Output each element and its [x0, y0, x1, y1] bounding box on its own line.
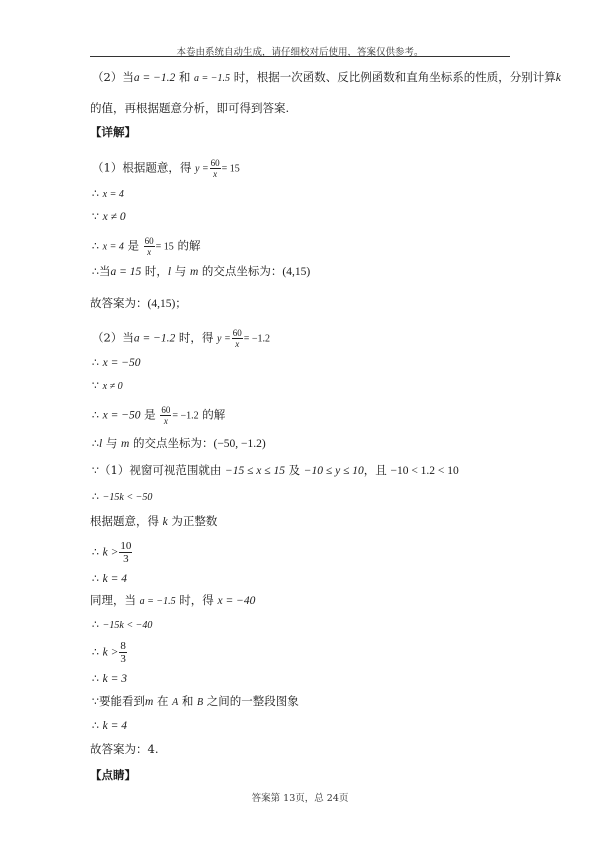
therefore-icon: ∴: [92, 646, 99, 659]
analysis-part2-line2: 的值，再根据题意分析，即可得到答案.: [90, 101, 289, 115]
detail-p1-conclusion: ∴当a = 15 时，l 与 m 的交点坐标为：(4,15): [92, 264, 310, 279]
therefore-icon: ∴: [92, 265, 99, 278]
detail-window-range: ∵（1）视窗可视范围就由 −15 ≤ x ≤ 15 及 −10 ≤ y ≤ 10…: [92, 463, 459, 478]
detail-k-eq-4: ∴ k = 4: [92, 571, 127, 586]
page-footer: 答案第 13页，总 24页: [0, 790, 600, 804]
therefore-icon: ∴: [92, 240, 99, 253]
fraction-60-over-x: 60x: [160, 405, 171, 426]
detail-p1-intro: （1）根据题意，得 y =60x= 15: [92, 158, 240, 179]
fraction-60-over-x: 60x: [210, 158, 221, 179]
therefore-icon: ∴: [92, 572, 99, 585]
detail-k-gt-8-3: ∴ k >83: [92, 640, 128, 665]
detail-see-segment: ∵要能看到m 在 A 和 B 之间的一整段图象: [92, 694, 299, 710]
detail-p1-x4: ∴ x = 4: [92, 186, 124, 202]
fraction-10-over-3: 103: [119, 540, 132, 565]
therefore-icon: ∴: [92, 618, 99, 631]
therefore-icon: ∴: [92, 409, 99, 422]
detail-final-answer: 故答案为：4.: [90, 742, 158, 756]
because-icon: ∵: [92, 695, 99, 708]
detail-p2-x: ∴ x = −50: [92, 355, 141, 370]
detail-similarly: 同理，当 a = −1.5 时，得 x = −40: [90, 593, 255, 609]
detail-p2-xneq0: ∵ x ≠ 0: [92, 378, 123, 394]
detail-p2-conclusion: ∴l 与 m 的交点坐标为：(−50, −1.2): [92, 436, 266, 451]
detail-p1-xneq0: ∵ x ≠ 0: [92, 209, 126, 224]
therefore-icon: ∴: [92, 672, 99, 685]
therefore-icon: ∴: [92, 719, 99, 732]
therefore-icon: ∴: [92, 356, 99, 369]
because-icon: ∵: [92, 210, 99, 223]
detail-k-positive: 根据题意，得 k 为正整数: [90, 514, 217, 529]
detail-k-gt-10-3: ∴ k >103: [92, 540, 133, 565]
detail-p2-solution: ∴ x = −50 是 60x= −1.2 的解: [92, 405, 225, 426]
therefore-icon: ∴: [92, 437, 99, 450]
because-icon: ∵: [92, 464, 99, 477]
because-icon: ∵: [92, 379, 99, 392]
detail-p2-intro: （2）当a = −1.2 时，得 y =60x= −1.2: [92, 328, 270, 349]
analysis-part2-line1: （2）当a = −1.2 和 a = −1.5 时，根据一次函数、反比例函数和直…: [92, 70, 561, 86]
therefore-icon: ∴: [92, 546, 99, 559]
detail-k-eq-4-final: ∴ k = 4: [92, 718, 127, 733]
detail-ineq1: ∴ −15k < −50: [92, 489, 152, 505]
detail-p1-answer: 故答案为：(4,15)；: [90, 296, 187, 311]
therefore-icon: ∴: [92, 187, 99, 200]
therefore-icon: ∴: [92, 490, 99, 503]
fraction-60-over-x: 60x: [232, 328, 243, 349]
detail-heading: 【详解】: [90, 125, 136, 139]
header-divider: [90, 56, 510, 57]
fraction-8-over-3: 83: [119, 640, 127, 665]
detail-ineq2: ∴ −15k < −40: [92, 617, 152, 633]
comment-heading: 【点睛】: [90, 768, 136, 782]
detail-k-eq-3: ∴ k = 3: [92, 671, 127, 686]
detail-p1-solution: ∴ x = 4 是 60x= 15 的解: [92, 236, 200, 257]
fraction-60-over-x: 60x: [144, 236, 155, 257]
